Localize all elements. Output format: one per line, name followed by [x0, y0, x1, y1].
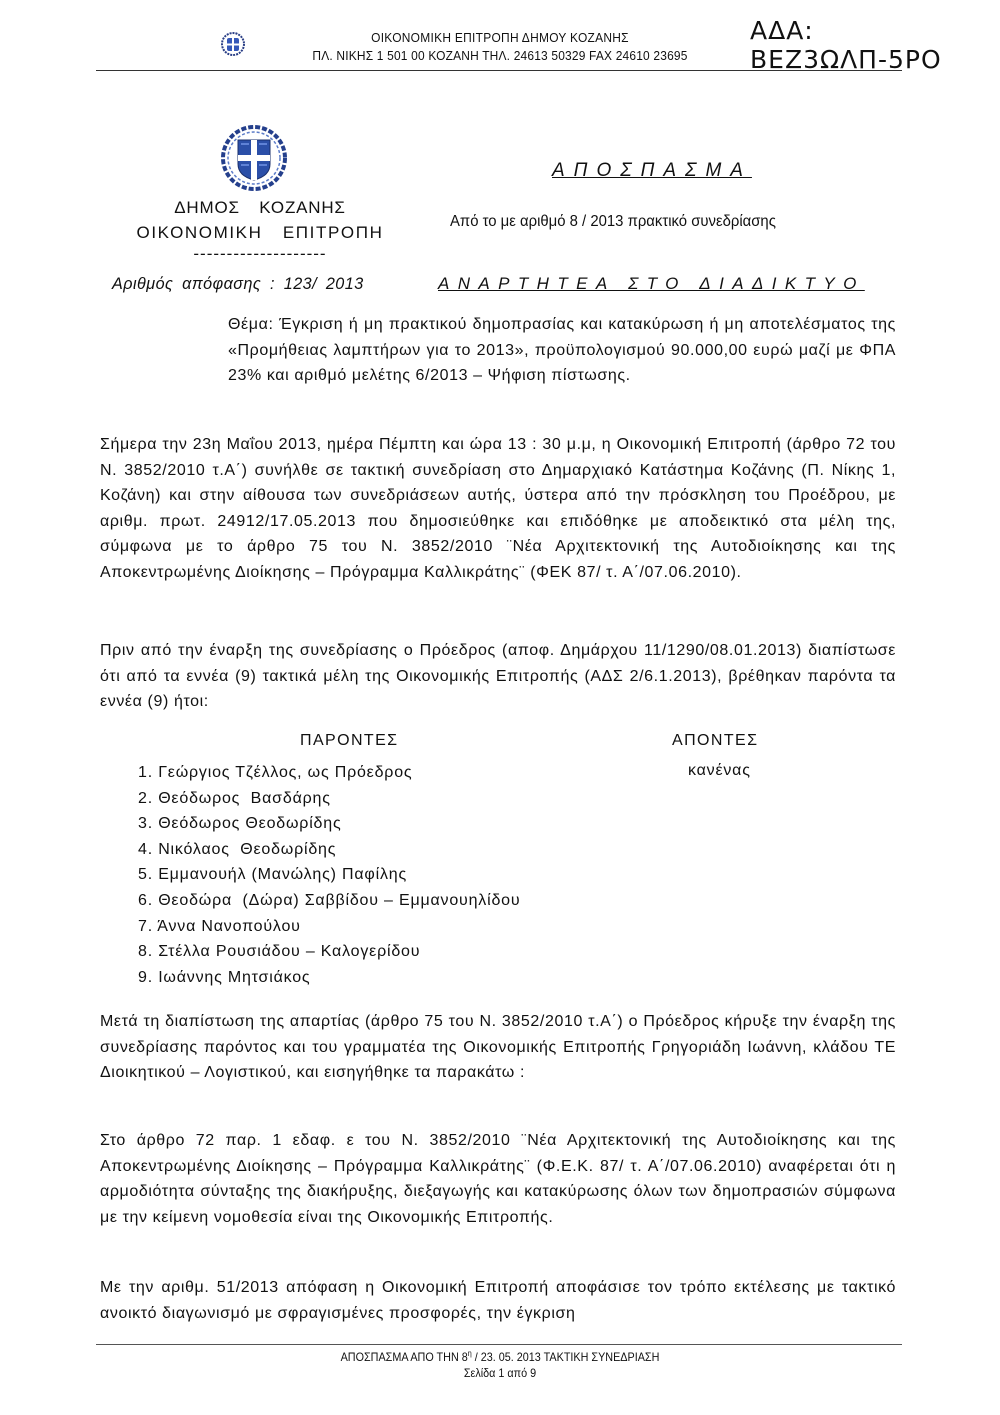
present-members-list: 1. Γεώργιος Τζέλλος, ως Πρόεδρος 2. Θεόδ…	[138, 760, 520, 990]
document-type-title: ΑΠΟΣΠΑΣΜΑ	[552, 160, 752, 182]
publish-online-notice: ΑΝΑΡΤΗΤΕΑ ΣΤΟ ΔΙΑΔΙΚΤΥΟ	[438, 274, 865, 294]
committee-name: ΟΙΚΟΝΟΜΙΚΗ ΕΠΙΤΡΟΠΗ	[110, 223, 410, 243]
list-item: 5. Εμμανουήλ (Μανώλης) Παφίλης	[138, 862, 520, 888]
prior-decision-paragraph: Με την αριθμ. 51/2013 απόφαση η Οικονομι…	[100, 1275, 896, 1326]
list-item: 3. Θεόδωρος Θεοδωρίδης	[138, 811, 520, 837]
list-item: 9. Ιωάννης Μητσιάκος	[138, 965, 520, 991]
footer-session-reference: ΑΠΟΣΠΑΣΜΑ ΑΠΟ ΤΗΝ 8η / 23. 05. 2013 ΤΑΚΤ…	[50, 1349, 950, 1364]
list-item: 8. Στέλλα Ρουσιάδου – Καλογερίδου	[138, 939, 520, 965]
dashed-separator: --------------------	[110, 244, 410, 264]
present-header: ΠΑΡΟΝΤΕΣ	[300, 732, 398, 750]
footer-divider	[96, 1344, 902, 1345]
list-item: 2. Θεόδωρος Βασδάρης	[138, 786, 520, 812]
session-opening-paragraph: Μετά τη διαπίστωση της απαρτίας (άρθρο 7…	[100, 1009, 896, 1086]
meeting-intro-paragraph: Σήμερα την 23η Μαΐου 2013, ημέρα Πέμπτη …	[100, 432, 896, 585]
minutes-reference: Από το με αριθμό 8 / 2013 πρακτικό συνεδ…	[450, 213, 776, 231]
absent-header: ΑΠΟΝΤΕΣ	[672, 732, 758, 750]
greek-coat-of-arms-icon	[220, 124, 288, 192]
header-address: ΠΛ. ΝΙΚΗΣ 1 501 00 ΚΟΖΑΝΗ ΤΗΛ. 24613 503…	[40, 48, 960, 63]
absent-value: κανένας	[688, 762, 751, 780]
list-item: 7. Άννα Νανοπούλου	[138, 914, 520, 940]
header-divider	[96, 70, 902, 71]
ada-identifier: ΑΔΑ: ΒΕΖ3ΩΛΠ-5ΡΟ	[750, 16, 1000, 74]
subject-paragraph: Θέμα: Έγκριση ή μη πρακτικού δημοπρασίας…	[228, 312, 896, 389]
page-number: Σελίδα 1 από 9	[50, 1366, 950, 1380]
decision-number: Αριθμός απόφασης : 123/ 2013	[112, 274, 364, 294]
footer-prefix: ΑΠΟΣΠΑΣΜΑ ΑΠΟ ΤΗΝ 8	[341, 1350, 468, 1364]
municipality-name: ΔΗΜΟΣ ΚΟΖΑΝΗΣ	[110, 198, 410, 218]
legal-basis-paragraph: Στο άρθρο 72 παρ. 1 εδαφ. ε του Ν. 3852/…	[100, 1128, 896, 1230]
footer-suffix: / 23. 05. 2013 ΤΑΚΤΙΚΗ ΣΥΝΕΔΡΙΑΣΗ	[472, 1350, 660, 1364]
list-item: 4. Νικόλαος Θεοδωρίδης	[138, 837, 520, 863]
header-organization: ΟΙΚΟΝΟΜΙΚΗ ΕΠΙΤΡΟΠΗ ΔΗΜΟΥ ΚΟΖΑΝΗΣ	[40, 30, 960, 45]
list-item: 6. Θεοδώρα (Δώρα) Σαββίδου – Εμμανουηλίδ…	[138, 888, 520, 914]
list-item: 1. Γεώργιος Τζέλλος, ως Πρόεδρος	[138, 760, 520, 786]
quorum-paragraph: Πριν από την έναρξη της συνεδρίασης ο Πρ…	[100, 638, 896, 715]
